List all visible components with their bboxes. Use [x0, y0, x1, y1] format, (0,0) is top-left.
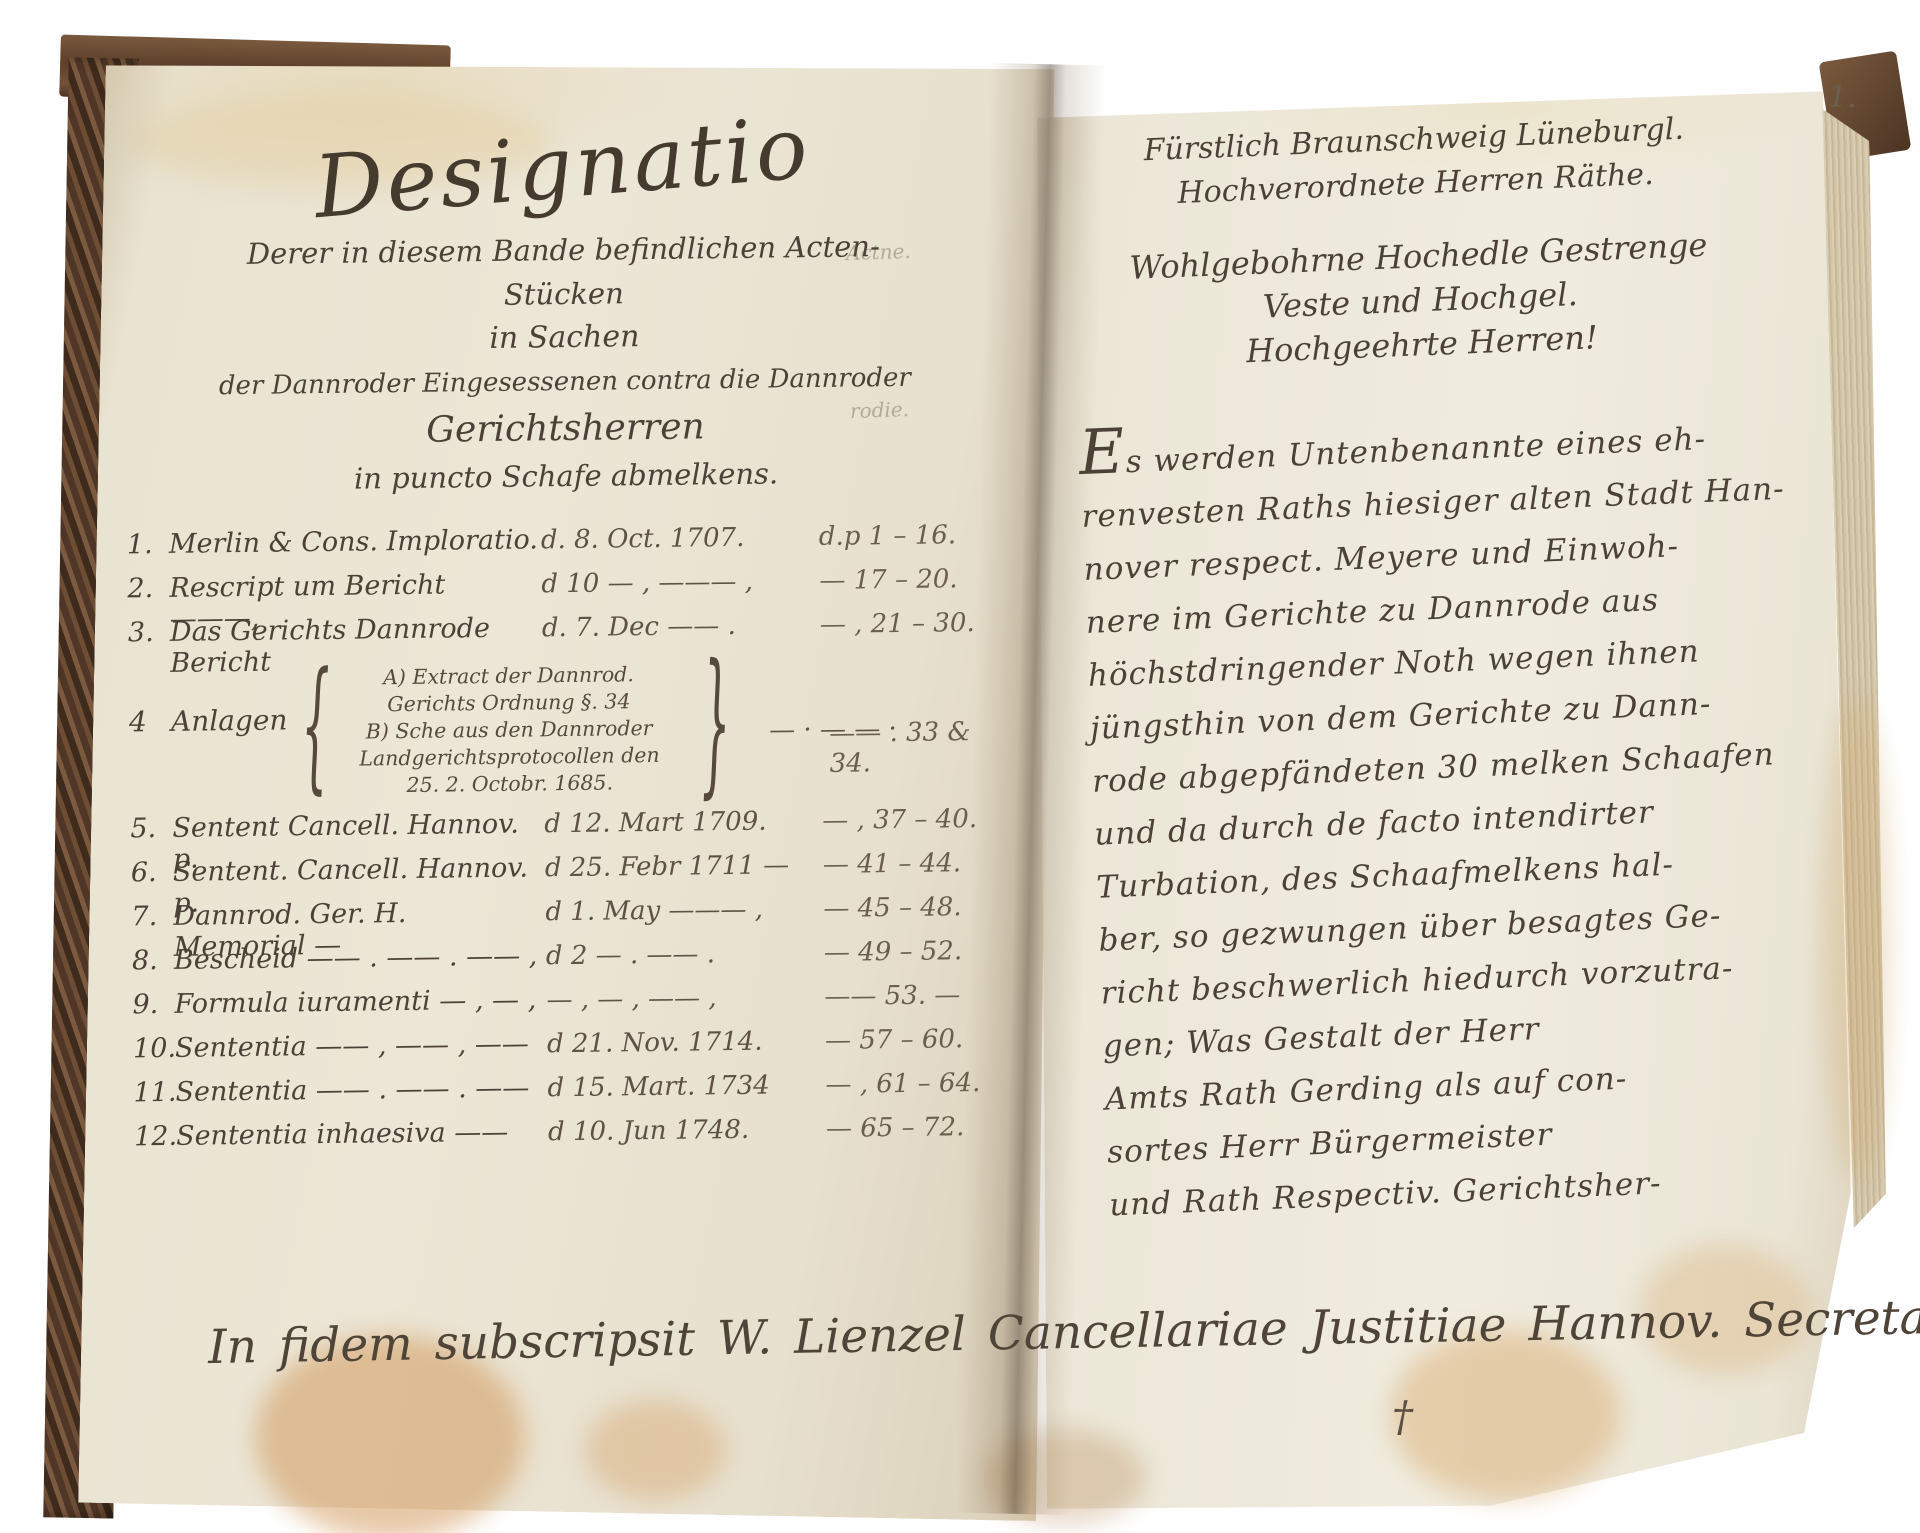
subtitle-line: in puncto Schafe abmelkens. — [126, 449, 1006, 504]
item-date: d 21. Nov. 1714. — [547, 1026, 825, 1059]
item-number: 5. — [130, 813, 172, 845]
item-pages: d.p 1 – 16. — [819, 520, 994, 552]
item-date: d 2 — . —— . — [546, 938, 824, 971]
item-number: 8. — [132, 945, 174, 977]
item-number: 1. — [127, 529, 169, 561]
anlagen-subline: Landgerichtsprotocollen den — [329, 742, 689, 773]
manuscript-photo: Designatio Derer in diesem Bande befindl… — [0, 0, 1920, 1533]
item-pages: — , 37 – 40. — [822, 804, 997, 836]
item-pages: —— 53. — — [824, 980, 999, 1012]
item-date: d 15. Mart. 1734 — [547, 1070, 825, 1103]
index-row-anlagen: 4 Anlagen { A) Extract der Dannrod. Geri… — [128, 651, 1010, 814]
bleedthrough-fragment: rodie. — [850, 397, 910, 423]
item-label: Sententia —— , —— , —— — [175, 1028, 547, 1064]
brace-open: { — [300, 640, 331, 808]
anlagen-subline: 25. 2. Octobr. 1685. — [330, 769, 690, 800]
item-pages: — 45 – 48. — [823, 892, 998, 924]
petition-body: Es werden Untenbenannte eines eh- renves… — [1072, 398, 1810, 1233]
right-page-text: Fürstlich Braunschweig Lüneburgl. Hochve… — [1060, 104, 1810, 1232]
item-label: Bescheid —— . —— . —— , — [174, 940, 546, 976]
anlagen-sublines: A) Extract der Dannrod. Gerichts Ordnung… — [328, 661, 690, 800]
item-date: d 12. Mart 1709. — [544, 806, 822, 839]
designatio-subtitle: Derer in diesem Bande befindlichen Acten… — [123, 223, 1006, 504]
item-date: — , — , —— , — [546, 982, 824, 1015]
item-date: d 25. Febr 1711 — — [545, 850, 823, 883]
item-label: Merlin & Cons. Imploratio. — [169, 524, 541, 560]
index-list: 1. Merlin & Cons. Imploratio. d. 8. Oct.… — [127, 519, 1015, 1166]
item-number: 7. — [131, 901, 173, 933]
item-pages: — 57 – 60. — [825, 1024, 1000, 1056]
item-number: 9. — [132, 989, 174, 1021]
item-pages: — , 21 – 30. — [820, 608, 995, 640]
item-pages: — , 61 – 64. — [825, 1068, 1000, 1100]
item-number: 3. — [128, 617, 170, 649]
item-number: 6. — [131, 857, 173, 889]
item-pages: — 41 – 44. — [823, 848, 998, 880]
salutation: Wohlgebohrne Hochedle Gestrenge Veste un… — [1065, 220, 1776, 380]
item-pages: — 17 – 20. — [819, 564, 994, 596]
item-pages: — 65 – 72. — [826, 1112, 1001, 1144]
brace-close: } — [700, 629, 732, 813]
page-number: 1. — [1828, 80, 1857, 115]
item-label: Anlagen — [171, 703, 288, 737]
item-label: Sententia —— . —— . —— — [175, 1072, 547, 1108]
item-label: Sententia inhaesiva —— — [176, 1116, 548, 1152]
item-number: 2. — [127, 573, 169, 605]
item-number: 4 — [129, 705, 147, 738]
item-label: Formula iuramenti — , — , — [174, 984, 546, 1020]
item-pages: —— . 33 & 34. — [829, 717, 1010, 779]
bleedthrough-fragment: Actne. — [846, 239, 912, 265]
item-number: 10. — [133, 1033, 175, 1065]
cross-mark: † — [1392, 1392, 1413, 1441]
item-date: d 10 — , ——— , — [541, 566, 819, 599]
item-number: 11. — [133, 1077, 175, 1109]
item-number: 12. — [134, 1121, 176, 1153]
item-date: d 1. May ——— , — [545, 894, 823, 927]
item-date: d 10. Jun 1748. — [548, 1114, 826, 1147]
item-date: d. 8. Oct. 1707. — [541, 522, 819, 555]
item-date: d. 7. Dec —— . — [542, 610, 820, 643]
item-pages: — 49 – 52. — [824, 936, 999, 968]
